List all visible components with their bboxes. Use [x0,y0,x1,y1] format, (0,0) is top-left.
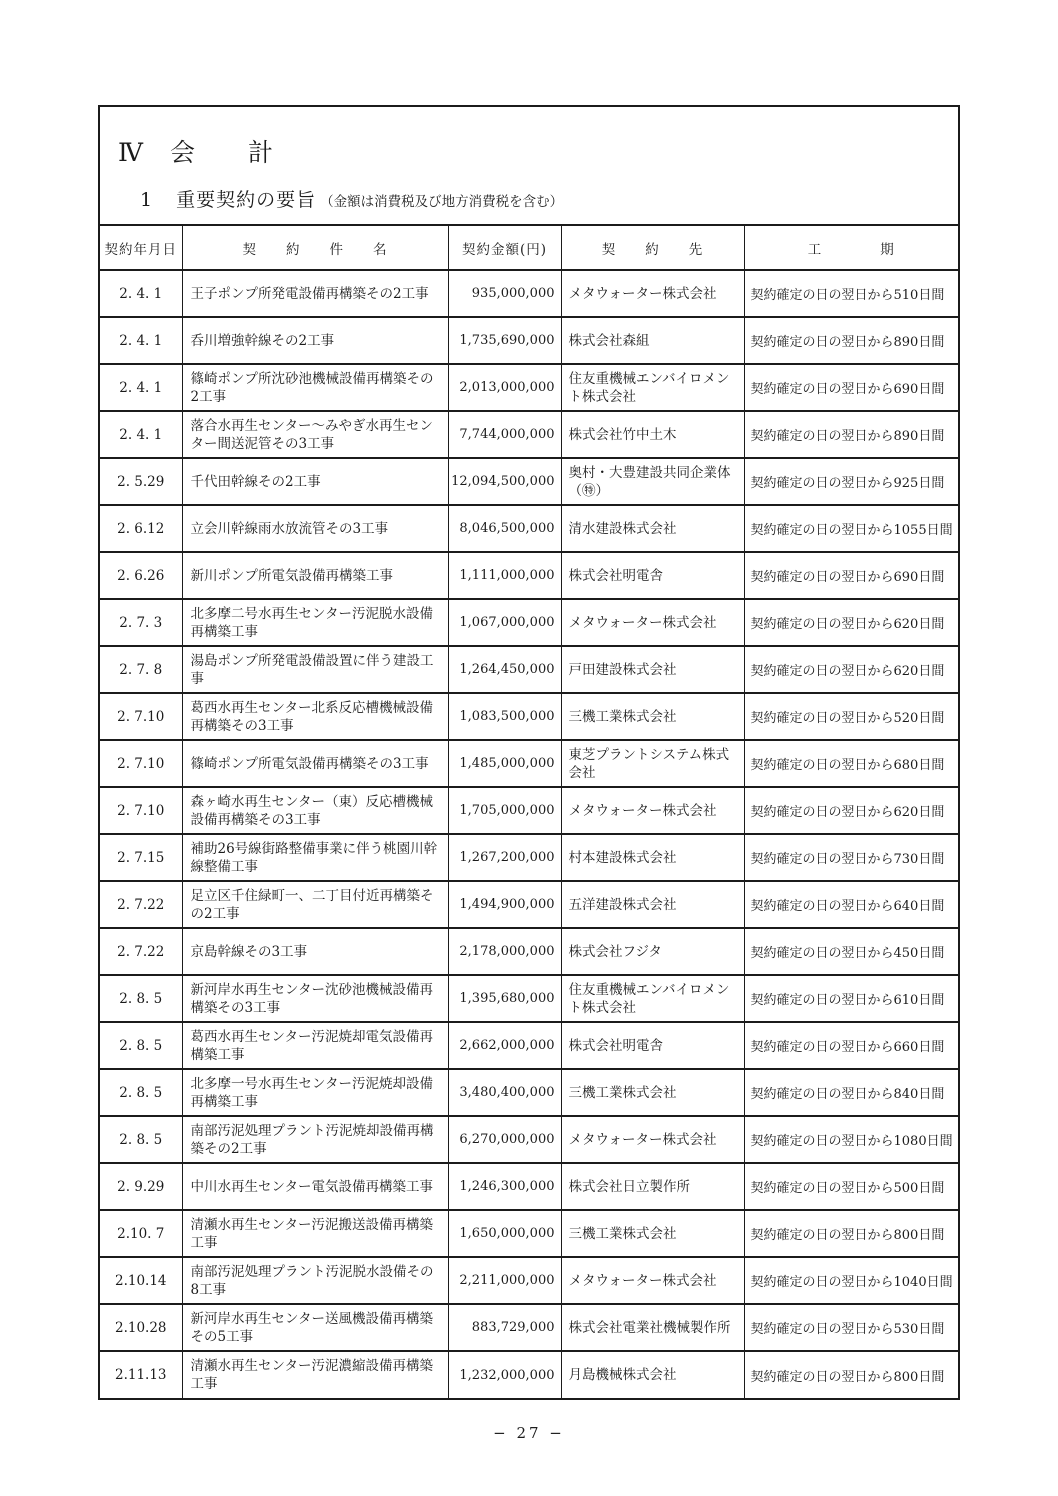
section-note: （金額は消費税及び地方消費税を含む） [320,194,563,210]
contract-period-cell: 契約確定の日の翌日から620日間 [744,599,958,646]
table-row: 2. 4. 1 呑川増強幹線その2工事 1,735,690,000 株式会社森組… [100,317,958,364]
contractor-cell: 株式会社電業社機械製作所 [561,1304,744,1351]
contractor-cell: 株式会社森組 [561,317,744,364]
contract-date-cell: 2. 9.29 [100,1163,182,1210]
contractor-cell: 村本建設株式会社 [561,834,744,881]
table-row: 2. 6.12 立会川幹線雨水放流管その3工事 8,046,500,000 清水… [100,505,958,552]
contract-period-cell: 契約確定の日の翌日から450日間 [744,928,958,975]
contract-amount-cell: 883,729,000 [448,1304,561,1351]
contract-name-cell: 湯島ポンプ所発電設備設置に伴う建設工事 [182,646,448,693]
contractor-cell: 月島機械株式会社 [561,1351,744,1398]
contract-name-cell: 葛西水再生センター北系反応槽機械設備再構築その3工事 [182,693,448,740]
contract-name-cell: 呑川増強幹線その2工事 [182,317,448,364]
contract-date-cell: 2. 8. 5 [100,975,182,1022]
contract-period-cell: 契約確定の日の翌日から1080日間 [744,1116,958,1163]
table-row: 2. 8. 5 新河岸水再生センター沈砂池機械設備再構築その3工事 1,395,… [100,975,958,1022]
contract-date-cell: 2. 8. 5 [100,1116,182,1163]
contract-date-cell: 2. 7. 8 [100,646,182,693]
table-row: 2. 5.29 千代田幹線その2工事 12,094,500,000 奥村・大豊建… [100,458,958,505]
table-row: 2. 7. 3 北多摩二号水再生センター汚泥脱水設備再構築工事 1,067,00… [100,599,958,646]
contract-date-cell: 2. 7.22 [100,881,182,928]
contract-name-cell: 新河岸水再生センター送風機設備再構築その5工事 [182,1304,448,1351]
header-contract-date: 契約年月日 [100,225,182,270]
contract-amount-cell: 1,232,000,000 [448,1351,561,1398]
contract-date-cell: 2. 8. 5 [100,1022,182,1069]
contract-amount-cell: 8,046,500,000 [448,505,561,552]
contract-name-cell: 南部汚泥処理プラント汚泥脱水設備その8工事 [182,1257,448,1304]
contract-period-cell: 契約確定の日の翌日から690日間 [744,552,958,599]
contract-name-cell: 葛西水再生センター汚泥焼却電気設備再構築工事 [182,1022,448,1069]
contract-name-cell: 北多摩二号水再生センター汚泥脱水設備再構築工事 [182,599,448,646]
table-row: 2. 7. 8 湯島ポンプ所発電設備設置に伴う建設工事 1,264,450,00… [100,646,958,693]
contract-amount-cell: 2,211,000,000 [448,1257,561,1304]
contract-amount-cell: 2,662,000,000 [448,1022,561,1069]
contract-name-cell: 足立区千住緑町一、二丁目付近再構築その2工事 [182,881,448,928]
contract-name-cell: 中川水再生センター電気設備再構築工事 [182,1163,448,1210]
contract-date-cell: 2. 7.22 [100,928,182,975]
contract-period-cell: 契約確定の日の翌日から840日間 [744,1069,958,1116]
chapter-title: Ⅳ 会 計 [118,139,274,167]
contractor-cell: 株式会社フジタ [561,928,744,975]
section-number: 1 [140,189,152,211]
contract-date-cell: 2. 5.29 [100,458,182,505]
contract-name-cell: 清瀬水再生センター汚泥濃縮設備再構築工事 [182,1351,448,1398]
contract-period-cell: 契約確定の日の翌日から690日間 [744,364,958,411]
contractor-cell: 三機工業株式会社 [561,1210,744,1257]
contract-amount-cell: 7,744,000,000 [448,411,561,458]
contract-amount-cell: 6,270,000,000 [448,1116,561,1163]
contract-name-cell: 千代田幹線その2工事 [182,458,448,505]
contract-amount-cell: 1,705,000,000 [448,787,561,834]
contract-date-cell: 2. 7.10 [100,787,182,834]
contract-date-cell: 2.11.13 [100,1351,182,1398]
contract-date-cell: 2. 6.12 [100,505,182,552]
contract-amount-cell: 1,067,000,000 [448,599,561,646]
contract-period-cell: 契約確定の日の翌日から890日間 [744,317,958,364]
contract-name-cell: 南部汚泥処理プラント汚泥焼却設備再構築その2工事 [182,1116,448,1163]
contractor-cell: 株式会社竹中土木 [561,411,744,458]
contract-period-cell: 契約確定の日の翌日から800日間 [744,1210,958,1257]
contractor-cell: メタウォーター株式会社 [561,270,744,317]
contract-amount-cell: 1,246,300,000 [448,1163,561,1210]
contractor-cell: メタウォーター株式会社 [561,1116,744,1163]
contractor-cell: メタウォーター株式会社 [561,787,744,834]
contractor-cell: 株式会社日立製作所 [561,1163,744,1210]
table-row: 2.10.28 新河岸水再生センター送風機設備再構築その5工事 883,729,… [100,1304,958,1351]
section-title: 重要契約の要旨 [176,189,316,211]
table-row: 2. 7.10 葛西水再生センター北系反応槽機械設備再構築その3工事 1,083… [100,693,958,740]
contract-name-cell: 清瀬水再生センター汚泥搬送設備再構築工事 [182,1210,448,1257]
contract-date-cell: 2. 7.10 [100,693,182,740]
contract-name-cell: 王子ポンプ所発電設備再構築その2工事 [182,270,448,317]
contract-period-cell: 契約確定の日の翌日から925日間 [744,458,958,505]
document-frame: Ⅳ 会 計 1重要契約の要旨（金額は消費税及び地方消費税を含む） 契約年月日 契… [98,105,960,1400]
contract-name-cell: 京島幹線その3工事 [182,928,448,975]
contract-name-cell: 篠崎ポンプ所電気設備再構築その3工事 [182,740,448,787]
table-row: 2. 7.10 篠崎ポンプ所電気設備再構築その3工事 1,485,000,000… [100,740,958,787]
contract-period-cell: 契約確定の日の翌日から620日間 [744,646,958,693]
contract-amount-cell: 2,178,000,000 [448,928,561,975]
contract-amount-cell: 1,395,680,000 [448,975,561,1022]
contract-name-cell: 新河岸水再生センター沈砂池機械設備再構築その3工事 [182,975,448,1022]
contract-period-cell: 契約確定の日の翌日から640日間 [744,881,958,928]
header-contract-amount: 契約金額(円) [448,225,561,270]
contract-date-cell: 2.10. 7 [100,1210,182,1257]
table-row: 2. 8. 5 南部汚泥処理プラント汚泥焼却設備再構築その2工事 6,270,0… [100,1116,958,1163]
contractor-cell: 住友重機械エンバイロメント株式会社 [561,364,744,411]
header-work-period: 工 期 [744,225,958,270]
section-heading: 1重要契約の要旨（金額は消費税及び地方消費税を含む） [140,185,563,212]
contract-date-cell: 2. 7.10 [100,740,182,787]
table-row: 2. 4. 1 篠崎ポンプ所沈砂池機械設備再構築その2工事 2,013,000,… [100,364,958,411]
header-contractor: 契 約 先 [561,225,744,270]
contract-name-cell: 篠崎ポンプ所沈砂池機械設備再構築その2工事 [182,364,448,411]
contract-amount-cell: 1,650,000,000 [448,1210,561,1257]
contract-date-cell: 2. 4. 1 [100,317,182,364]
contract-period-cell: 契約確定の日の翌日から730日間 [744,834,958,881]
contract-name-cell: 森ヶ崎水再生センター（東）反応槽機械設備再構築その3工事 [182,787,448,834]
contract-period-cell: 契約確定の日の翌日から610日間 [744,975,958,1022]
contract-amount-cell: 2,013,000,000 [448,364,561,411]
table-row: 2. 4. 1 落合水再生センター～みやぎ水再生センター間送泥管その3工事 7,… [100,411,958,458]
contract-date-cell: 2. 4. 1 [100,411,182,458]
contractor-cell: メタウォーター株式会社 [561,599,744,646]
contract-name-cell: 北多摩一号水再生センター汚泥焼却設備再構築工事 [182,1069,448,1116]
contractor-cell: 東芝プラントシステム株式会社 [561,740,744,787]
table-row: 2. 7.15 補助26号線街路整備事業に伴う桃園川幹線整備工事 1,267,2… [100,834,958,881]
contracts-table-body: 2. 4. 1 王子ポンプ所発電設備再構築その2工事 935,000,000 メ… [100,270,958,1398]
table-row: 2. 7.22 足立区千住緑町一、二丁目付近再構築その2工事 1,494,900… [100,881,958,928]
contract-date-cell: 2. 4. 1 [100,364,182,411]
contractor-cell: 清水建設株式会社 [561,505,744,552]
contractor-cell: 戸田建設株式会社 [561,646,744,693]
contract-period-cell: 契約確定の日の翌日から800日間 [744,1351,958,1398]
contract-amount-cell: 1,264,450,000 [448,646,561,693]
table-row: 2.10.14 南部汚泥処理プラント汚泥脱水設備その8工事 2,211,000,… [100,1257,958,1304]
contract-date-cell: 2. 7. 3 [100,599,182,646]
contract-date-cell: 2.10.28 [100,1304,182,1351]
contract-period-cell: 契約確定の日の翌日から500日間 [744,1163,958,1210]
contract-amount-cell: 1,267,200,000 [448,834,561,881]
contract-name-cell: 落合水再生センター～みやぎ水再生センター間送泥管その3工事 [182,411,448,458]
contract-period-cell: 契約確定の日の翌日から1040日間 [744,1257,958,1304]
table-row: 2. 9.29 中川水再生センター電気設備再構築工事 1,246,300,000… [100,1163,958,1210]
document-page: Ⅳ 会 計 1重要契約の要旨（金額は消費税及び地方消費税を含む） 契約年月日 契… [0,0,1058,1496]
table-row: 2. 4. 1 王子ポンプ所発電設備再構築その2工事 935,000,000 メ… [100,270,958,317]
contract-date-cell: 2. 8. 5 [100,1069,182,1116]
contract-period-cell: 契約確定の日の翌日から1055日間 [744,505,958,552]
header-contract-name: 契 約 件 名 [182,225,448,270]
contractor-cell: 株式会社明電舎 [561,1022,744,1069]
contract-amount-cell: 12,094,500,000 [448,458,561,505]
table-row: 2. 7.22 京島幹線その3工事 2,178,000,000 株式会社フジタ … [100,928,958,975]
contract-period-cell: 契約確定の日の翌日から520日間 [744,693,958,740]
contract-name-cell: 立会川幹線雨水放流管その3工事 [182,505,448,552]
contract-amount-cell: 3,480,400,000 [448,1069,561,1116]
table-header-row: 契約年月日 契 約 件 名 契約金額(円) 契 約 先 工 期 [100,225,958,270]
table-row: 2. 8. 5 葛西水再生センター汚泥焼却電気設備再構築工事 2,662,000… [100,1022,958,1069]
contractor-cell: 三機工業株式会社 [561,693,744,740]
contracts-table: 契約年月日 契 約 件 名 契約金額(円) 契 約 先 工 期 2. 4. 1 … [100,224,958,1398]
contract-period-cell: 契約確定の日の翌日から680日間 [744,740,958,787]
heading-area: Ⅳ 会 計 1重要契約の要旨（金額は消費税及び地方消費税を含む） [100,107,958,224]
contract-amount-cell: 1,494,900,000 [448,881,561,928]
contract-period-cell: 契約確定の日の翌日から890日間 [744,411,958,458]
contract-period-cell: 契約確定の日の翌日から530日間 [744,1304,958,1351]
table-row: 2. 6.26 新川ポンプ所電気設備再構築工事 1,111,000,000 株式… [100,552,958,599]
contract-period-cell: 契約確定の日の翌日から620日間 [744,787,958,834]
contract-amount-cell: 1,485,000,000 [448,740,561,787]
contract-date-cell: 2. 7.15 [100,834,182,881]
contractor-cell: 奥村・大豊建設共同企業体（㊕） [561,458,744,505]
contract-amount-cell: 1,083,500,000 [448,693,561,740]
contractor-cell: 三機工業株式会社 [561,1069,744,1116]
contract-name-cell: 新川ポンプ所電気設備再構築工事 [182,552,448,599]
contract-date-cell: 2.10.14 [100,1257,182,1304]
table-row: 2. 8. 5 北多摩一号水再生センター汚泥焼却設備再構築工事 3,480,40… [100,1069,958,1116]
contract-amount-cell: 935,000,000 [448,270,561,317]
contract-period-cell: 契約確定の日の翌日から660日間 [744,1022,958,1069]
page-number: − 27 − [0,1424,1058,1442]
contract-amount-cell: 1,111,000,000 [448,552,561,599]
contract-date-cell: 2. 4. 1 [100,270,182,317]
table-row: 2.10. 7 清瀬水再生センター汚泥搬送設備再構築工事 1,650,000,0… [100,1210,958,1257]
contract-name-cell: 補助26号線街路整備事業に伴う桃園川幹線整備工事 [182,834,448,881]
contractor-cell: 五洋建設株式会社 [561,881,744,928]
contractor-cell: メタウォーター株式会社 [561,1257,744,1304]
contract-date-cell: 2. 6.26 [100,552,182,599]
contract-amount-cell: 1,735,690,000 [448,317,561,364]
contract-period-cell: 契約確定の日の翌日から510日間 [744,270,958,317]
table-row: 2. 7.10 森ヶ崎水再生センター（東）反応槽機械設備再構築その3工事 1,7… [100,787,958,834]
contractor-cell: 住友重機械エンバイロメント株式会社 [561,975,744,1022]
contractor-cell: 株式会社明電舎 [561,552,744,599]
table-row: 2.11.13 清瀬水再生センター汚泥濃縮設備再構築工事 1,232,000,0… [100,1351,958,1398]
